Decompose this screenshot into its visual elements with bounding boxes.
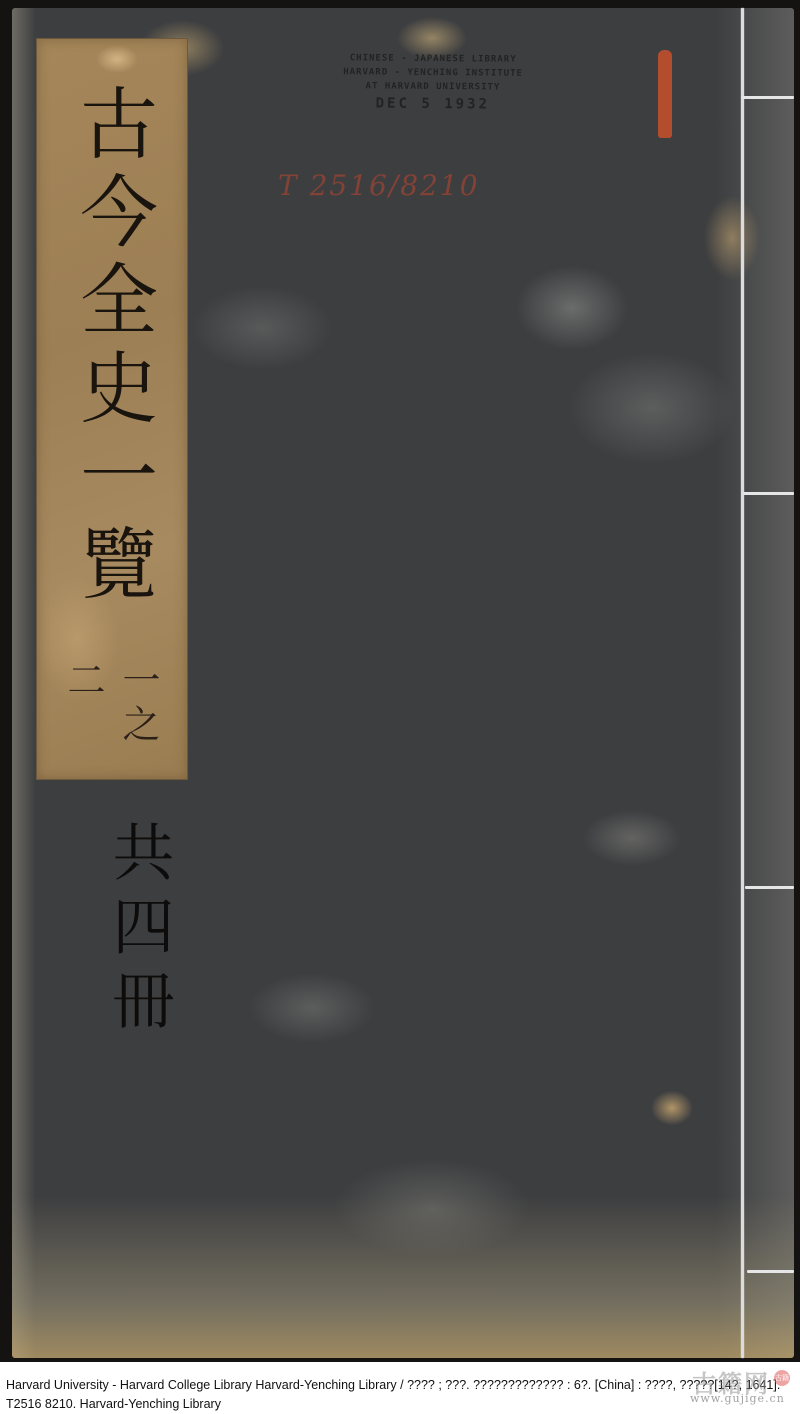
scanned-book-image: CHINESE - JAPANESE LIBRARY HARVARD - YEN… <box>0 0 800 1362</box>
volume-number: 一之二 <box>46 660 166 750</box>
binding-loop <box>745 886 794 889</box>
binding-loop <box>743 492 794 495</box>
image-caption: Harvard University - Harvard College Lib… <box>6 1376 796 1414</box>
stamp-line-2: HARVARD - YENCHING INSTITUTE <box>318 65 548 81</box>
stamp-date: DEC 5 1932 <box>318 95 548 113</box>
binding-thread <box>741 8 744 1358</box>
red-bookmark-tab <box>658 50 672 138</box>
book-title: 古今全史一覽 <box>37 83 187 611</box>
stamp-line-3: AT HARVARD UNIVERSITY <box>318 79 548 95</box>
caption-line-1: Harvard University - Harvard College Lib… <box>6 1376 796 1395</box>
binding-loop <box>747 1270 794 1273</box>
total-volumes-inscription: 共四冊 <box>88 820 188 1042</box>
binding-loop <box>741 96 794 99</box>
red-call-number-mark: T 2516/8210 <box>278 168 618 204</box>
caption-line-2: T2516 8210. Harvard-Yenching Library <box>6 1395 796 1414</box>
library-acquisition-stamp: CHINESE - JAPANESE LIBRARY HARVARD - YEN… <box>318 51 549 113</box>
